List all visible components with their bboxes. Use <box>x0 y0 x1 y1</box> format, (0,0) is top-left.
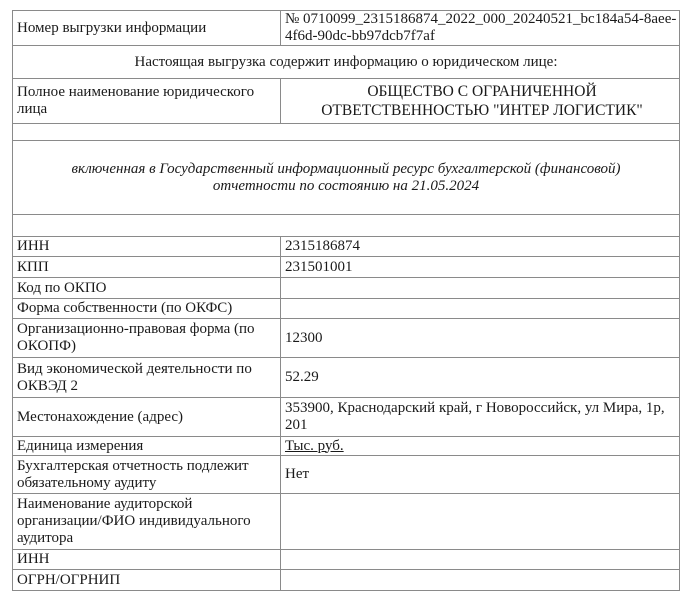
audit-required-value: Нет <box>280 456 679 493</box>
included-text: включенная в Государственный информацион… <box>13 141 679 214</box>
auditor-name-label: Наименование аудиторской организации/ФИО… <box>13 494 280 549</box>
address-value: 353900, Краснодарский край, г Новороссий… <box>280 398 679 436</box>
spacer-row <box>12 215 680 237</box>
inn-value: 2315186874 <box>280 237 679 256</box>
okopf-label: Организационно-правовая форма (по ОКОПФ) <box>13 319 280 357</box>
okved-label: Вид экономической деятельности по ОКВЭД … <box>13 358 280 397</box>
auditor-name-value <box>280 494 679 549</box>
full-name-label: Полное наименование юридического лица <box>13 79 280 123</box>
spacer-row <box>12 124 680 141</box>
table-row: Бухгалтерская отчетность подлежит обязат… <box>12 456 680 494</box>
okved-value: 52.29 <box>280 358 679 397</box>
auditor-inn-label: ИНН <box>13 550 280 569</box>
table-row: Форма собственности (по ОКФС) <box>12 299 680 319</box>
table-row: ИНН 2315186874 <box>12 237 680 257</box>
table-row-full-name: Полное наименование юридического лица ОБ… <box>12 79 680 124</box>
auditor-inn-value <box>280 550 679 569</box>
okfs-label: Форма собственности (по ОКФС) <box>13 299 280 318</box>
table-row: КПП 231501001 <box>12 257 680 278</box>
intro-text: Настоящая выгрузка содержит информацию о… <box>13 46 679 78</box>
okfs-value <box>280 299 679 318</box>
table-row: Вид экономической деятельности по ОКВЭД … <box>12 358 680 398</box>
table-row: Единица измерения Тыс. руб. <box>12 437 680 456</box>
unit-label: Единица измерения <box>13 437 280 455</box>
table-row: Местонахождение (адрес) 353900, Краснода… <box>12 398 680 437</box>
inn-label: ИНН <box>13 237 280 256</box>
table-row: Наименование аудиторской организации/ФИО… <box>12 494 680 550</box>
unit-value: Тыс. руб. <box>280 437 679 455</box>
auditor-ogrn-value <box>280 570 679 590</box>
okopf-value: 12300 <box>280 319 679 357</box>
table-row-export-number: Номер выгрузки информации № 0710099_2315… <box>12 10 680 46</box>
okpo-value <box>280 278 679 298</box>
export-number-label: Номер выгрузки информации <box>13 11 280 45</box>
address-label: Местонахождение (адрес) <box>13 398 280 436</box>
table-row: ИНН <box>12 550 680 570</box>
table-row: ОГРН/ОГРНИП <box>12 570 680 591</box>
full-name-value: ОБЩЕСТВО С ОГРАНИЧЕННОЙ ОТВЕТСТВЕННОСТЬЮ… <box>280 79 679 123</box>
table-row: Код по ОКПО <box>12 278 680 299</box>
kpp-value: 231501001 <box>280 257 679 277</box>
audit-required-label: Бухгалтерская отчетность подлежит обязат… <box>13 456 280 493</box>
table-row: Организационно-правовая форма (по ОКОПФ)… <box>12 319 680 358</box>
auditor-ogrn-label: ОГРН/ОГРНИП <box>13 570 280 590</box>
kpp-label: КПП <box>13 257 280 277</box>
table-row-included: включенная в Государственный информацион… <box>12 141 680 215</box>
okpo-label: Код по ОКПО <box>13 278 280 298</box>
table-row-intro: Настоящая выгрузка содержит информацию о… <box>12 46 680 79</box>
export-number-value: № 0710099_2315186874_2022_000_20240521_b… <box>280 11 679 45</box>
